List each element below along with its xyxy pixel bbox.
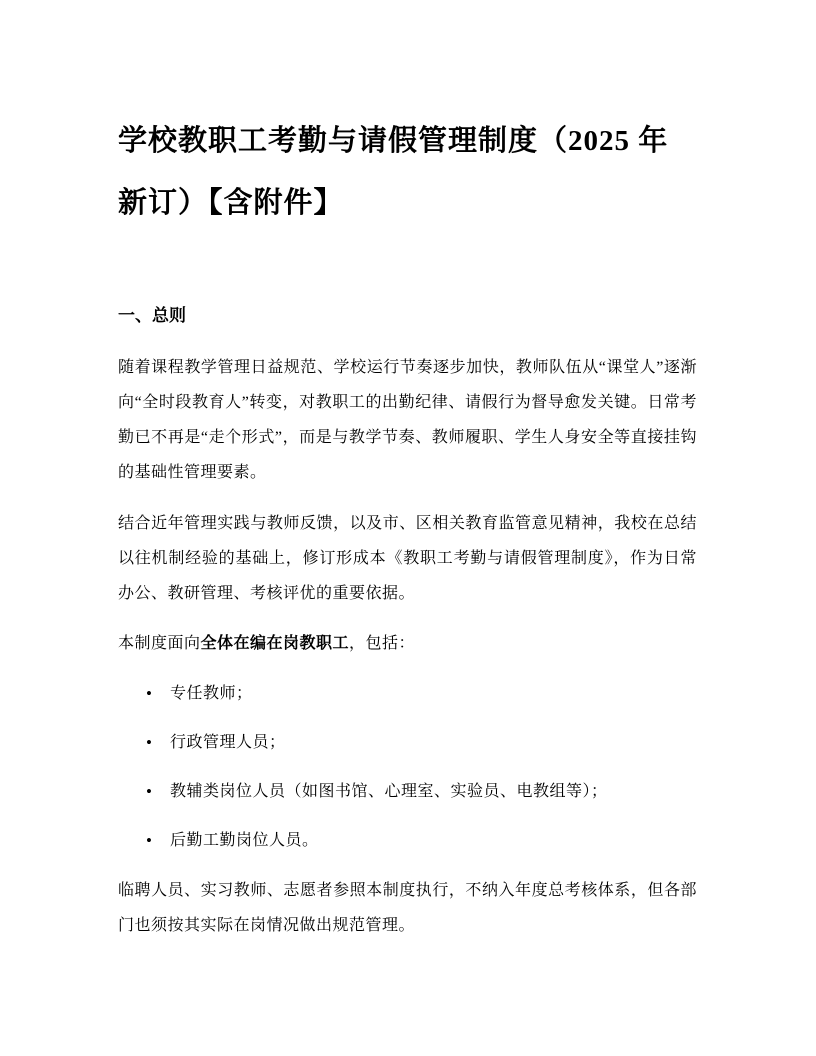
- list-item-label: 行政管理人员；: [170, 725, 286, 760]
- list-item-label: 教辅类岗位人员（如图书馆、心理室、实验员、电教组等）；: [170, 774, 608, 809]
- list-item-logistics-staff: • 后勤工勤岗位人员。: [146, 823, 697, 858]
- bullet-icon: •: [146, 823, 170, 858]
- paragraph-scope: 本制度面向全体在编在岗教职工，包括：: [118, 626, 697, 661]
- scope-bullet-list: • 专任教师； • 行政管理人员； • 教辅类岗位人员（如图书馆、心理室、实验员…: [118, 676, 697, 858]
- list-item-full-time-teachers: • 专任教师；: [146, 676, 697, 711]
- scope-suffix-text: ，包括：: [349, 635, 415, 652]
- bullet-icon: •: [146, 676, 170, 711]
- document-page: 学校教职工考勤与请假管理制度（2025 年新订）【含附件】 一、总则 随着课程教…: [0, 0, 816, 1056]
- paragraph-revision-basis: 结合近年管理实践与教师反馈，以及市、区相关教育监管意见精神，我校在总结以往机制经…: [118, 506, 697, 611]
- list-item-label: 专任教师；: [170, 676, 253, 711]
- list-item-support-staff: • 教辅类岗位人员（如图书馆、心理室、实验员、电教组等）；: [146, 774, 697, 809]
- scope-bold-phrase: 全体在编在岗教职工: [201, 635, 350, 652]
- scope-prefix-text: 本制度面向: [118, 635, 201, 652]
- bullet-icon: •: [146, 725, 170, 760]
- list-item-label: 后勤工勤岗位人员。: [170, 823, 319, 858]
- bullet-icon: •: [146, 774, 170, 809]
- list-item-admin-staff: • 行政管理人员；: [146, 725, 697, 760]
- paragraph-background: 随着课程教学管理日益规范、学校运行节奏逐步加快，教师队伍从“课堂人”逐渐向“全时…: [118, 350, 697, 490]
- document-title: 学校教职工考勤与请假管理制度（2025 年新订）【含附件】: [118, 110, 697, 234]
- paragraph-temporary-staff: 临聘人员、实习教师、志愿者参照本制度执行，不纳入年度总考核体系，但各部门也须按其…: [118, 873, 697, 943]
- section-heading-general-rules: 一、总则: [118, 304, 697, 328]
